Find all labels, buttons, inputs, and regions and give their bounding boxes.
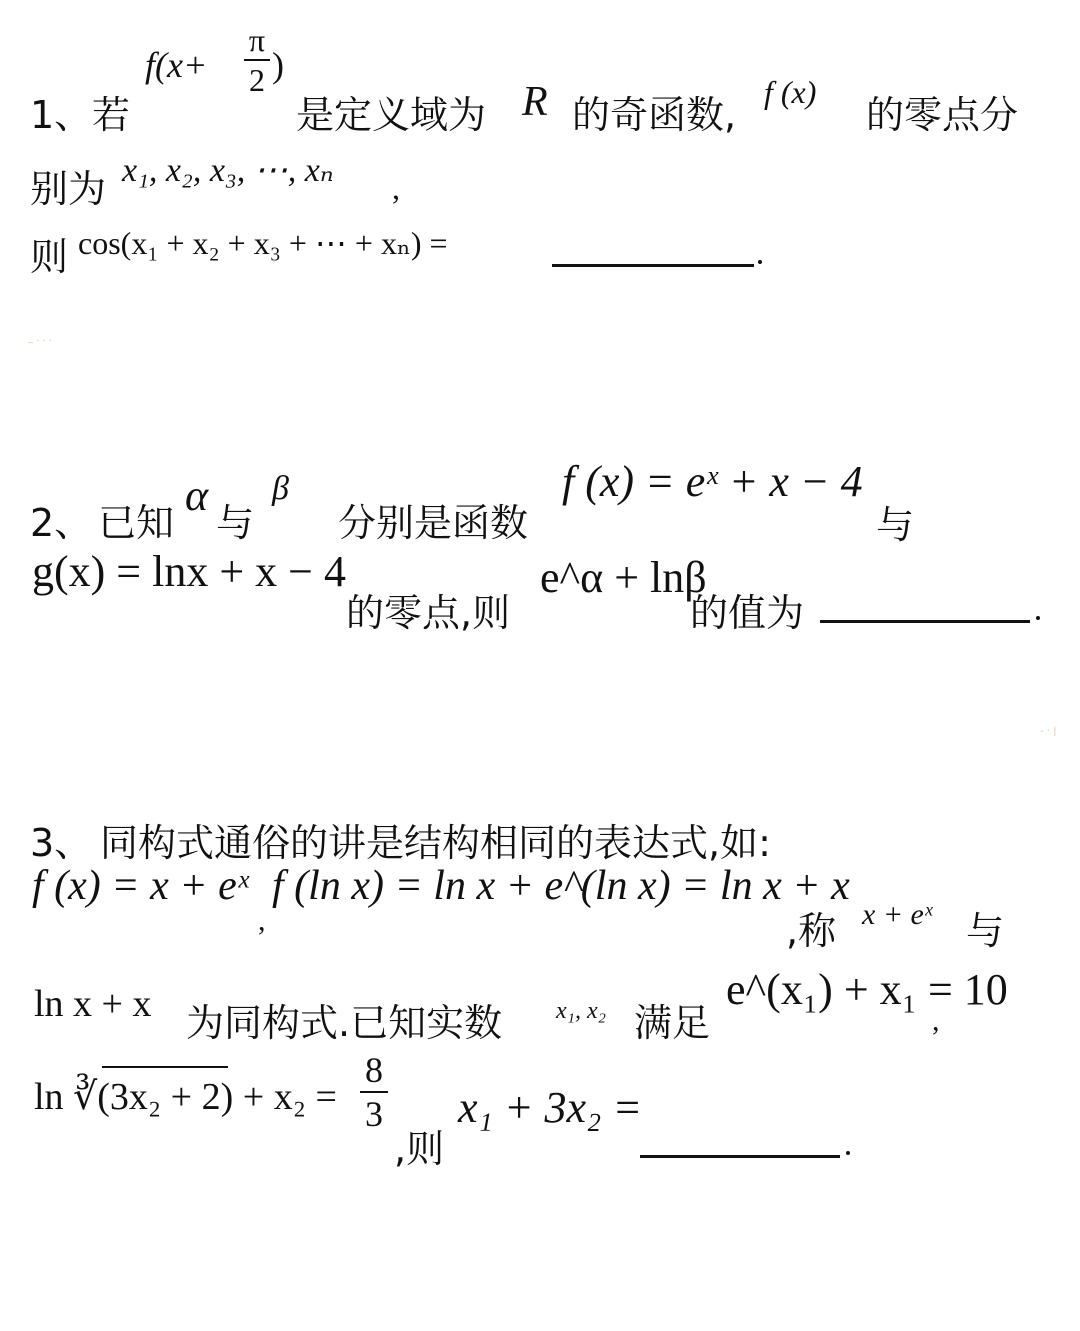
problem-1-pi-over-2: π 2	[244, 24, 270, 96]
problem-1-are-text: 别为	[30, 158, 106, 213]
fraction-numerator: π	[244, 24, 270, 56]
scan-artifact: - · |	[1040, 726, 1057, 737]
problem-2-functions-text: 分别是函数	[338, 492, 528, 547]
problem-2-number: 2、	[30, 492, 92, 547]
problem-1-fx: f (x)	[764, 74, 816, 111]
problem-1-domain-text: 是定义域为	[296, 84, 486, 139]
problem-2-zeros-then: 的零点,则	[346, 582, 510, 637]
problem-3-then: ,则	[394, 1118, 444, 1173]
problem-2-and: 与	[216, 492, 254, 547]
problem-3-number: 3、	[30, 812, 92, 867]
problem-1-cos-expression: cos(x₁ + x₂ + x₃ + ⋯ + xₙ) =	[78, 224, 448, 262]
problem-3-answer-blank[interactable]	[640, 1155, 840, 1158]
problem-3-call-text: ,称	[786, 900, 836, 955]
problem-3-and: 与	[966, 900, 1004, 955]
problem-3-equation-2-lhs: ln ∛(3x₂ + 2) + x₂ =	[34, 1074, 337, 1119]
problem-2-f-expression: f (x) = eˣ + x − 4	[562, 456, 863, 507]
problem-2-and-2: 与	[876, 494, 914, 549]
problem-1-period	[758, 260, 762, 264]
problem-3-call-expression: x + eˣ	[862, 898, 932, 932]
problem-3-period	[846, 1151, 850, 1155]
problem-1-if: 若	[92, 84, 130, 139]
problem-3-example-comma: ,	[258, 904, 266, 938]
fraction-bar	[360, 1091, 388, 1093]
problem-2-beta: β	[272, 470, 289, 508]
problem-1-close-paren: )	[272, 44, 284, 86]
problem-3-eight-thirds: 8 3	[360, 1052, 388, 1132]
problem-3-equation-1: e^(x₁) + x₁ = 10	[726, 964, 1008, 1015]
problem-2-g-expression: g(x) = lnx + x − 4	[32, 546, 346, 597]
problem-3-isomorph-text: 为同构式.已知实数	[186, 992, 502, 1047]
problem-1-odd-function-text: 的奇函数,	[572, 84, 736, 139]
problem-3-eq1-comma: ,	[932, 1004, 940, 1038]
problem-1-R: R	[522, 78, 548, 126]
problem-2-value-text: 的值为	[690, 582, 804, 637]
problem-1-fx-shift: f(x+	[145, 44, 207, 86]
fraction-denominator: 3	[360, 1096, 388, 1132]
problem-1-number: 1、	[30, 84, 92, 139]
problem-1-then: 则	[30, 226, 68, 281]
problem-3-ln-x-plus-x: ln x + x	[34, 982, 152, 1026]
fraction-bar	[244, 59, 270, 61]
problem-2-period	[1036, 616, 1040, 620]
fraction-numerator: 8	[360, 1052, 388, 1088]
problem-2-answer-blank[interactable]	[820, 620, 1030, 623]
problem-2-alpha: α	[185, 470, 208, 521]
problem-1-answer-blank[interactable]	[552, 264, 754, 267]
problem-2-target-expression: e^α + lnβ	[540, 552, 707, 603]
fraction-denominator: 2	[244, 64, 270, 96]
cube-root-bar	[102, 1066, 228, 1068]
scan-artifact: _ . . .	[28, 333, 52, 344]
problem-3-intro: 同构式通俗的讲是结构相同的表达式,如:	[100, 812, 771, 867]
problem-1-zeros-text: 的零点分	[866, 84, 1018, 139]
problem-1-comma: ,	[392, 170, 400, 207]
problem-2-known: 已知	[98, 492, 174, 547]
problem-3-example-1: f (x) = x + eˣ	[32, 862, 249, 910]
problem-3-satisfy: 满足	[634, 992, 710, 1047]
problem-3-example-2: f (ln x) = ln x + e^(ln x) = ln x + x	[272, 862, 850, 910]
problem-3-variables: x₁, x₂	[556, 998, 606, 1025]
problem-1-zero-list: x₁, x₂, x₃, ⋯, xₙ	[122, 150, 334, 190]
problem-3-ask-expression: x₁ + 3x₂ =	[458, 1082, 642, 1133]
